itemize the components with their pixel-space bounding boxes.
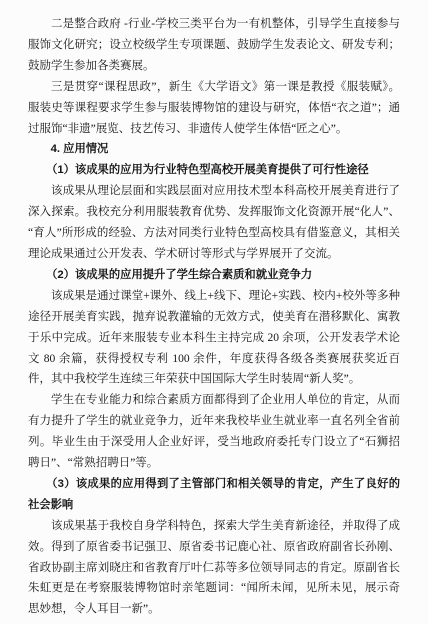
paragraph-leaders-recognition: 该成果基于我校自身学科特色，探索大学生美育新途径，并取得了成效。得到了原省委书记… (28, 516, 400, 621)
paragraph-platforms: 二是整合政府 -行业-学校三类平台为一有机整体，引导学生直接参与服饰文化研究；设… (28, 14, 400, 77)
section-heading-application: 4. 应用情况 (28, 139, 400, 160)
document-page: 二是整合政府 -行业-学校三类平台为一有机整体，引导学生直接参与服饰文化研究；设… (0, 0, 428, 624)
paragraph-curriculum-ideology: 三是贯穿“课程思政”，新生《大学语文》第一课是教授《服装赋》。服装史等课程要求学… (28, 77, 400, 140)
subheading-feasible-path: （1）该成果的应用为行业特色型高校开展美育提供了可行性途径 (28, 160, 400, 181)
subheading-social-impact: （3）该成果的应用得到了主管部门和相关领导的肯定，产生了良好的社会影响 (28, 474, 400, 516)
paragraph-achievements: 该成果是通过课堂+课外、线上+线下、理论+实践、校内+校外等多种途径开展美育实践… (28, 286, 400, 391)
paragraph-employment: 学生在专业能力和综合素质方面都得到了企业用人单位的肯定，从而有力提升了学生的就业… (28, 390, 400, 474)
paragraph-theory-practice: 该成果从理论层面和实践层面对应用技术型本科高校开展美育进行了深入探索。我校充分利… (28, 181, 400, 265)
subheading-student-quality: （2）该成果的应用提升了学生综合素质和就业竞争力 (28, 265, 400, 286)
